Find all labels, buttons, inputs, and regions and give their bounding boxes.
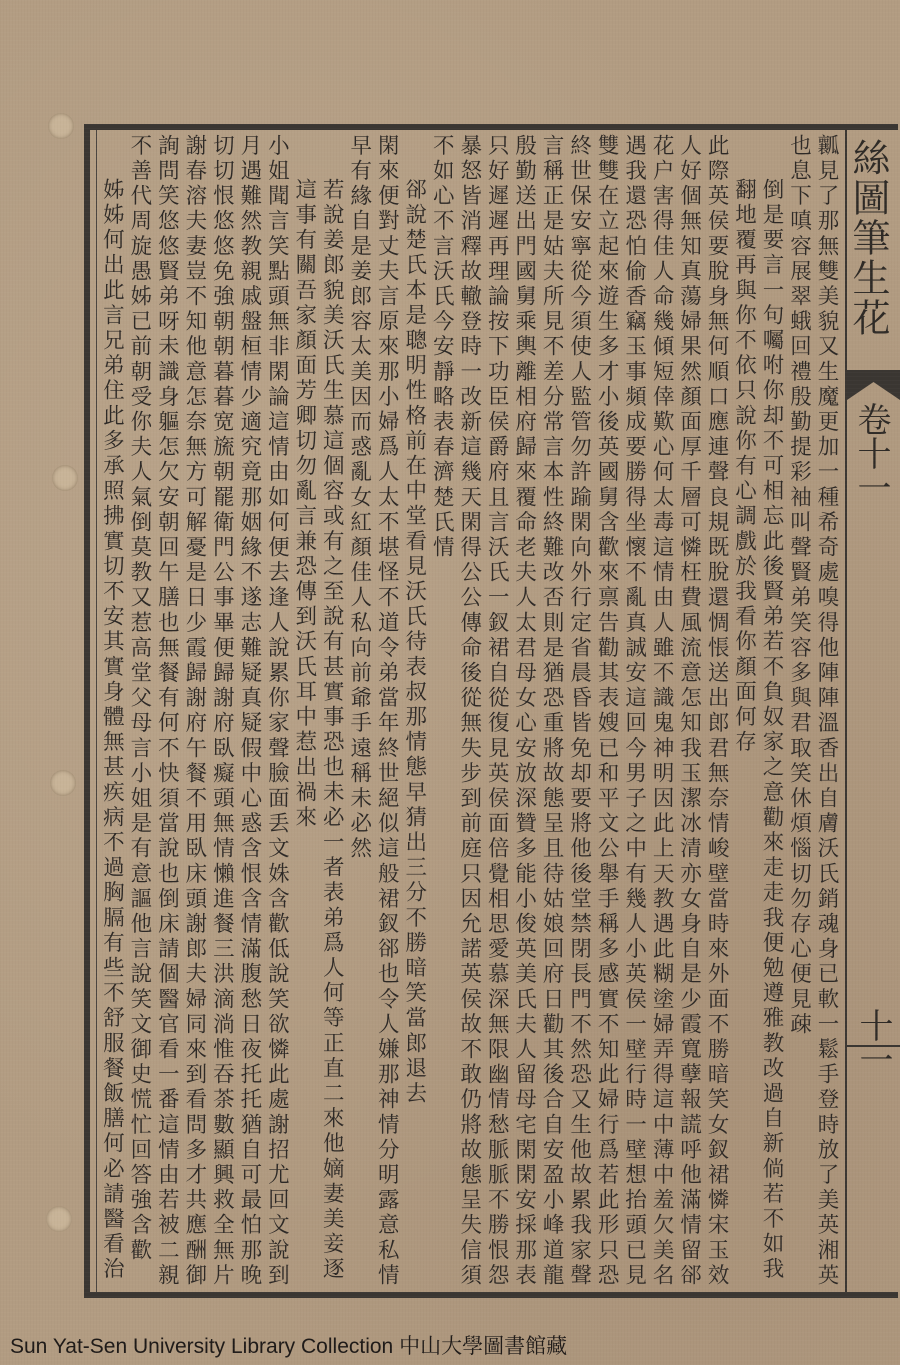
collection-watermark: Sun Yat-Sen University Library Collectio… [10, 1330, 567, 1360]
text-column: 遇我還恐怕偷香竊玉事頻成要勝得坐懷不亂真誠安這回今男子之中有幾人小英侯一壁行時一… [622, 134, 649, 1294]
text-body: 瓤見了那無雙美貌又生魔更加一種希奇處嗅得他陣陣溫香出自膚沃氏銷魂身已軟一鬆手登時… [100, 134, 842, 1294]
page-frame-inner-rule [96, 130, 97, 1292]
book-title: 絲圖筆生花 [852, 138, 896, 338]
binding-hole-top [48, 113, 74, 139]
folio-number: 十一 [858, 1008, 898, 1076]
text-column: 言稱正是姑夫所見不差分常言本性終難改否則是猶恐重將故態呈且待姑娘回府日勸其後合自… [540, 134, 567, 1294]
text-column: 倒是要言一句囑咐你却不可相忘此後賢弟若不負奴家之意勸來走走我便勉遵雅教改過自新倘… [760, 134, 787, 1294]
text-column: 瓤見了那無雙美貌又生魔更加一種希奇處嗅得他陣陣溫香出自膚沃氏銷魂身已軟一鬆手登時… [815, 134, 842, 1294]
text-column: 切切恨悠悠免強朝朝暮暮宽旒朝罷衛門公事畢便歸謝府臥癡頭無情懶進餐三洪滴淌惟吞茶數… [210, 134, 237, 1294]
binding-hole-lower [50, 770, 76, 796]
text-column: 也息下嗔容展翠蛾回禮殷勤提彩袖叫聲賢弟笑容多與君取笑休煩惱切勿存心便見疎 [787, 134, 814, 1294]
text-column: 詢問笑悠悠賢弟呀未識身軀怎欠安朝回午膳也無餐有何不快須當說也倒床請個醫官看一番這… [155, 134, 182, 1294]
text-column: 郤說楚氏本是聰明性格前在中堂看見沃氏待表叔那情態早猜出三分不勝暗笑當郎退去 [402, 134, 429, 1294]
binding-hole-bottom [46, 1206, 72, 1232]
text-column: 花户害得佳人命幾傾短倖歎心何太毒這情由人雖不識鬼神明因此上天教遇此糊塗婦弄得這中… [650, 134, 677, 1294]
text-column: 雙雙在立起來遊生多才小後英國舅含歡來禀告勸其表嫂已和平文公舉手稱多感實不知此婦行… [595, 134, 622, 1294]
text-column: 小姐聞言笑點頭無非閑論這情由如何便去逢人說累你家聲臉面丢文姝含歡低說笑欲憐此處謝… [265, 134, 292, 1294]
text-column: 若說姜郎貌美沃氏生慕這個容或有之至說有甚實事恐也未必一者表弟爲人何等正直二來他嫡… [320, 134, 347, 1294]
text-column: 人好個無知真蕩婦果然顏面厚千層可憐枉費風流意怎知我玉潔冰清亦女身自是少霞寬孽報謊… [677, 134, 704, 1294]
text-column: 閑來便對丈夫言原來那小婦爲人太不堪怪不道令弟當年終世絕似這般裙釵郤也令人嫌那神情… [375, 134, 402, 1294]
text-column: 只好遲遲再理論按下功臣侯爵府且言沃氏一釵裙自從復見英侯面倍覺相思愛慕深無限幽情愁… [485, 134, 512, 1294]
volume-label: 卷十一 [856, 402, 896, 504]
text-column: 早有緣自是姜郎容太美因而惑亂女紅顏佳人私向前爺手遠稱未必然 [347, 134, 374, 1294]
text-column: 此際英侯要脫身無何順口應連聲良規既脫還惆悵送出郎君無奈情峻壁當時來外面不勝暗笑女… [705, 134, 732, 1294]
text-column: 月遇難然教親戚盤桓情少適究竟那姻緣不遂志難疑真疑假中心惑含恨含情滿腹愁日夜托托猶… [237, 134, 264, 1294]
text-column: 殷勤送出門國舅乘輿離相府歸來覆命老夫人太君母女心安放深贊多能小俊英美氏夫人留母宅… [512, 134, 539, 1294]
text-column: 不善代周旋愚姊已前朝受你夫人氣倒莫教又惹高堂父母言小姐是有意謳他言說笑文御史慌忙… [127, 134, 154, 1294]
text-column: 這事有關吾家顏面芳卿切勿亂言兼恐傳到沃氏耳中惹出禍來 [292, 134, 319, 1294]
text-column: 謝春溶夫妻豈不知他意怎奈無方可解憂是日少霞歸謝府午餐不用臥床頭謝郎夫婦同來到看問… [182, 134, 209, 1294]
text-column: 不如心不言沃氏今安靜略表春濟楚氏情 [430, 134, 457, 1294]
text-column: 翻地覆再與你不依只說你有心調戲於我看你顏面何存 [732, 134, 759, 1294]
text-column: 暴怒皆消釋故轍登時一改新這幾天閑得公公傳命後從無失步到前庭只因允諾英侯故不敢仍將… [457, 134, 484, 1294]
text-column: 姊姊何出此言兄弟住此多承照拂實切不安其實身體無甚疾病不過胸膈有些不舒服餐飯膳何必… [100, 134, 127, 1294]
text-column: 終世保安寧從今須使人監管勿許踰閑向外行定省晨昏皆免却要將他後堂禁閉長門不然恐又生… [567, 134, 594, 1294]
binding-hole-mid [52, 465, 78, 491]
